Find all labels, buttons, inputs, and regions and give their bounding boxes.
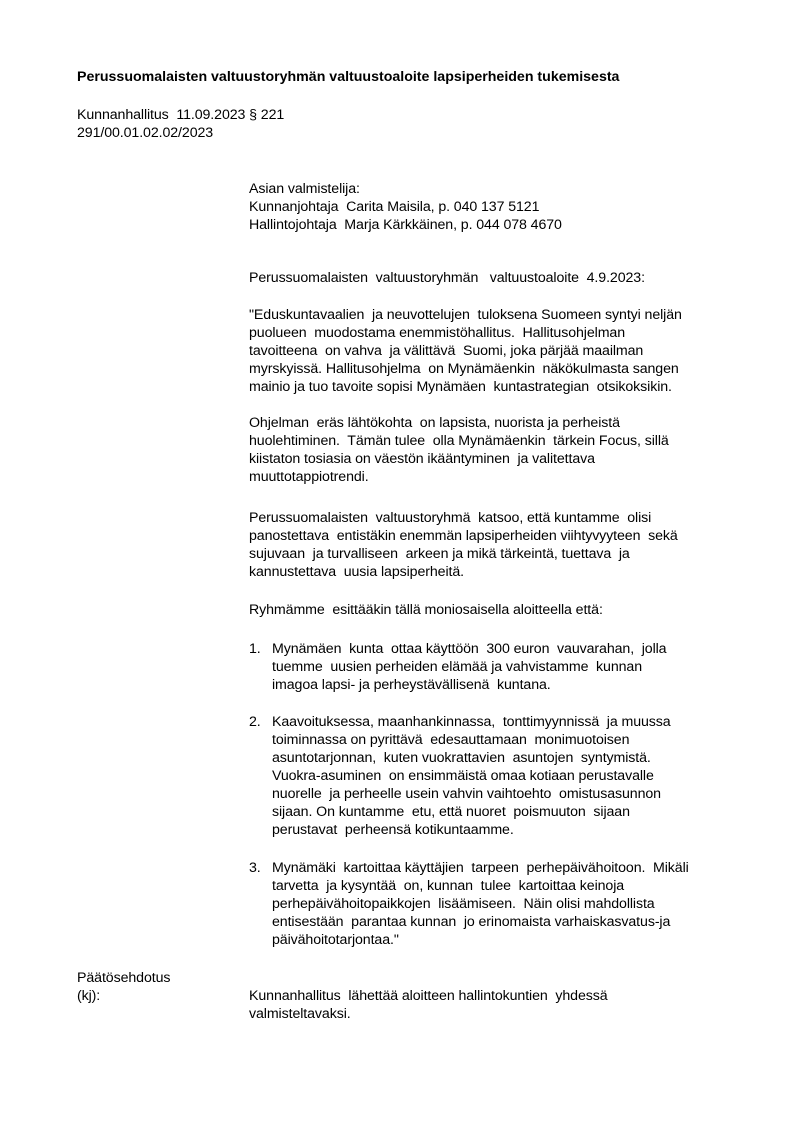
list-line: tuemme uusien perheiden elämää ja vahvis…	[272, 658, 642, 676]
list-line: Vuokra-asuminen on ensimmäistä omaa koti…	[272, 767, 654, 785]
list-number: 1.	[249, 640, 261, 658]
preparer-line: Kunnanjohtaja Carita Maisila, p. 040 137…	[249, 198, 539, 216]
list-line: Mynämäki kartoittaa käyttäjien tarpeen p…	[272, 859, 689, 877]
list-number: 2.	[249, 713, 261, 731]
initiative-heading: Perussuomalaisten valtuustoryhmän valtuu…	[249, 269, 645, 287]
list-line: imagoa lapsi- ja perheystävällisenä kunt…	[272, 676, 551, 694]
decision-label: (kj):	[77, 987, 100, 1005]
paragraph-line: huolehtiminen. Tämän tulee olla Mynämäen…	[249, 432, 669, 450]
paragraph-line: kannustettava uusia lapsiperheitä.	[249, 563, 464, 581]
decision-text: valmisteltavaksi.	[249, 1005, 351, 1023]
meeting-info: Kunnanhallitus 11.09.2023 § 221	[77, 106, 284, 124]
list-line: sijaan. On kuntamme etu, että nuoret poi…	[272, 803, 630, 821]
paragraph-line: myrskyissä. Hallitusohjelma on Mynämäenk…	[249, 360, 679, 378]
preparers-label: Asian valmistelija:	[249, 180, 360, 198]
list-line: entisestään parantaa kunnan jo erinomais…	[272, 913, 670, 931]
list-line: perhepäivähoitopaikkojen lisäämiseen. Nä…	[272, 895, 655, 913]
decision-text: Kunnanhallitus lähettää aloitteen hallin…	[249, 987, 608, 1005]
paragraph-line: "Eduskuntavaalien ja neuvottelujen tulok…	[249, 306, 682, 324]
paragraph-line: Ryhmämme esittääkin tällä moniosaisella …	[249, 601, 603, 619]
paragraph-line: muuttotappiotrendi.	[249, 468, 369, 486]
paragraph-line: puolueen muodostama enemmistöhallitus. H…	[249, 324, 625, 342]
list-line: toiminnassa on pyrittävä edesauttamaan m…	[272, 731, 629, 749]
paragraph-line: mainio ja tuo tavoite sopisi Mynämäen ku…	[249, 378, 672, 396]
decision-label: Päätösehdotus	[77, 969, 170, 987]
paragraph-line: sujuvaan ja turvalliseen arkeen ja mikä …	[249, 545, 630, 563]
document-title: Perussuomalaisten valtuustoryhmän valtuu…	[77, 68, 619, 86]
paragraph-line: Ohjelman eräs lähtökohta on lapsista, nu…	[249, 414, 620, 432]
list-line: tarvetta ja kysyntää on, kunnan tulee ka…	[272, 877, 624, 895]
list-number: 3.	[249, 859, 261, 877]
list-line: Kaavoituksessa, maanhankinnassa, tonttim…	[272, 713, 671, 731]
paragraph-line: Perussuomalaisten valtuustoryhmä katsoo,…	[249, 509, 651, 527]
list-line: perustavat perheensä kotikuntaamme.	[272, 821, 514, 839]
list-line: asuntotarjonnan, kuten vuokrattavien asu…	[272, 749, 651, 767]
list-line: päivähoitotarjontaa."	[272, 931, 399, 949]
preparer-line: Hallintojohtaja Marja Kärkkäinen, p. 044…	[249, 216, 562, 234]
list-line: Mynämäen kunta ottaa käyttöön 300 euron …	[272, 640, 666, 658]
paragraph-line: tavoitteena on vahva ja välittävä Suomi,…	[249, 342, 643, 360]
list-line: nuorelle ja perheelle usein vahvin vaiht…	[272, 785, 661, 803]
paragraph-line: panostettava entistäkin enemmän lapsiper…	[249, 527, 678, 545]
record-id: 291/00.01.02.02/2023	[77, 124, 213, 142]
paragraph-line: kiistaton tosiasia on väestön ikääntymin…	[249, 450, 595, 468]
